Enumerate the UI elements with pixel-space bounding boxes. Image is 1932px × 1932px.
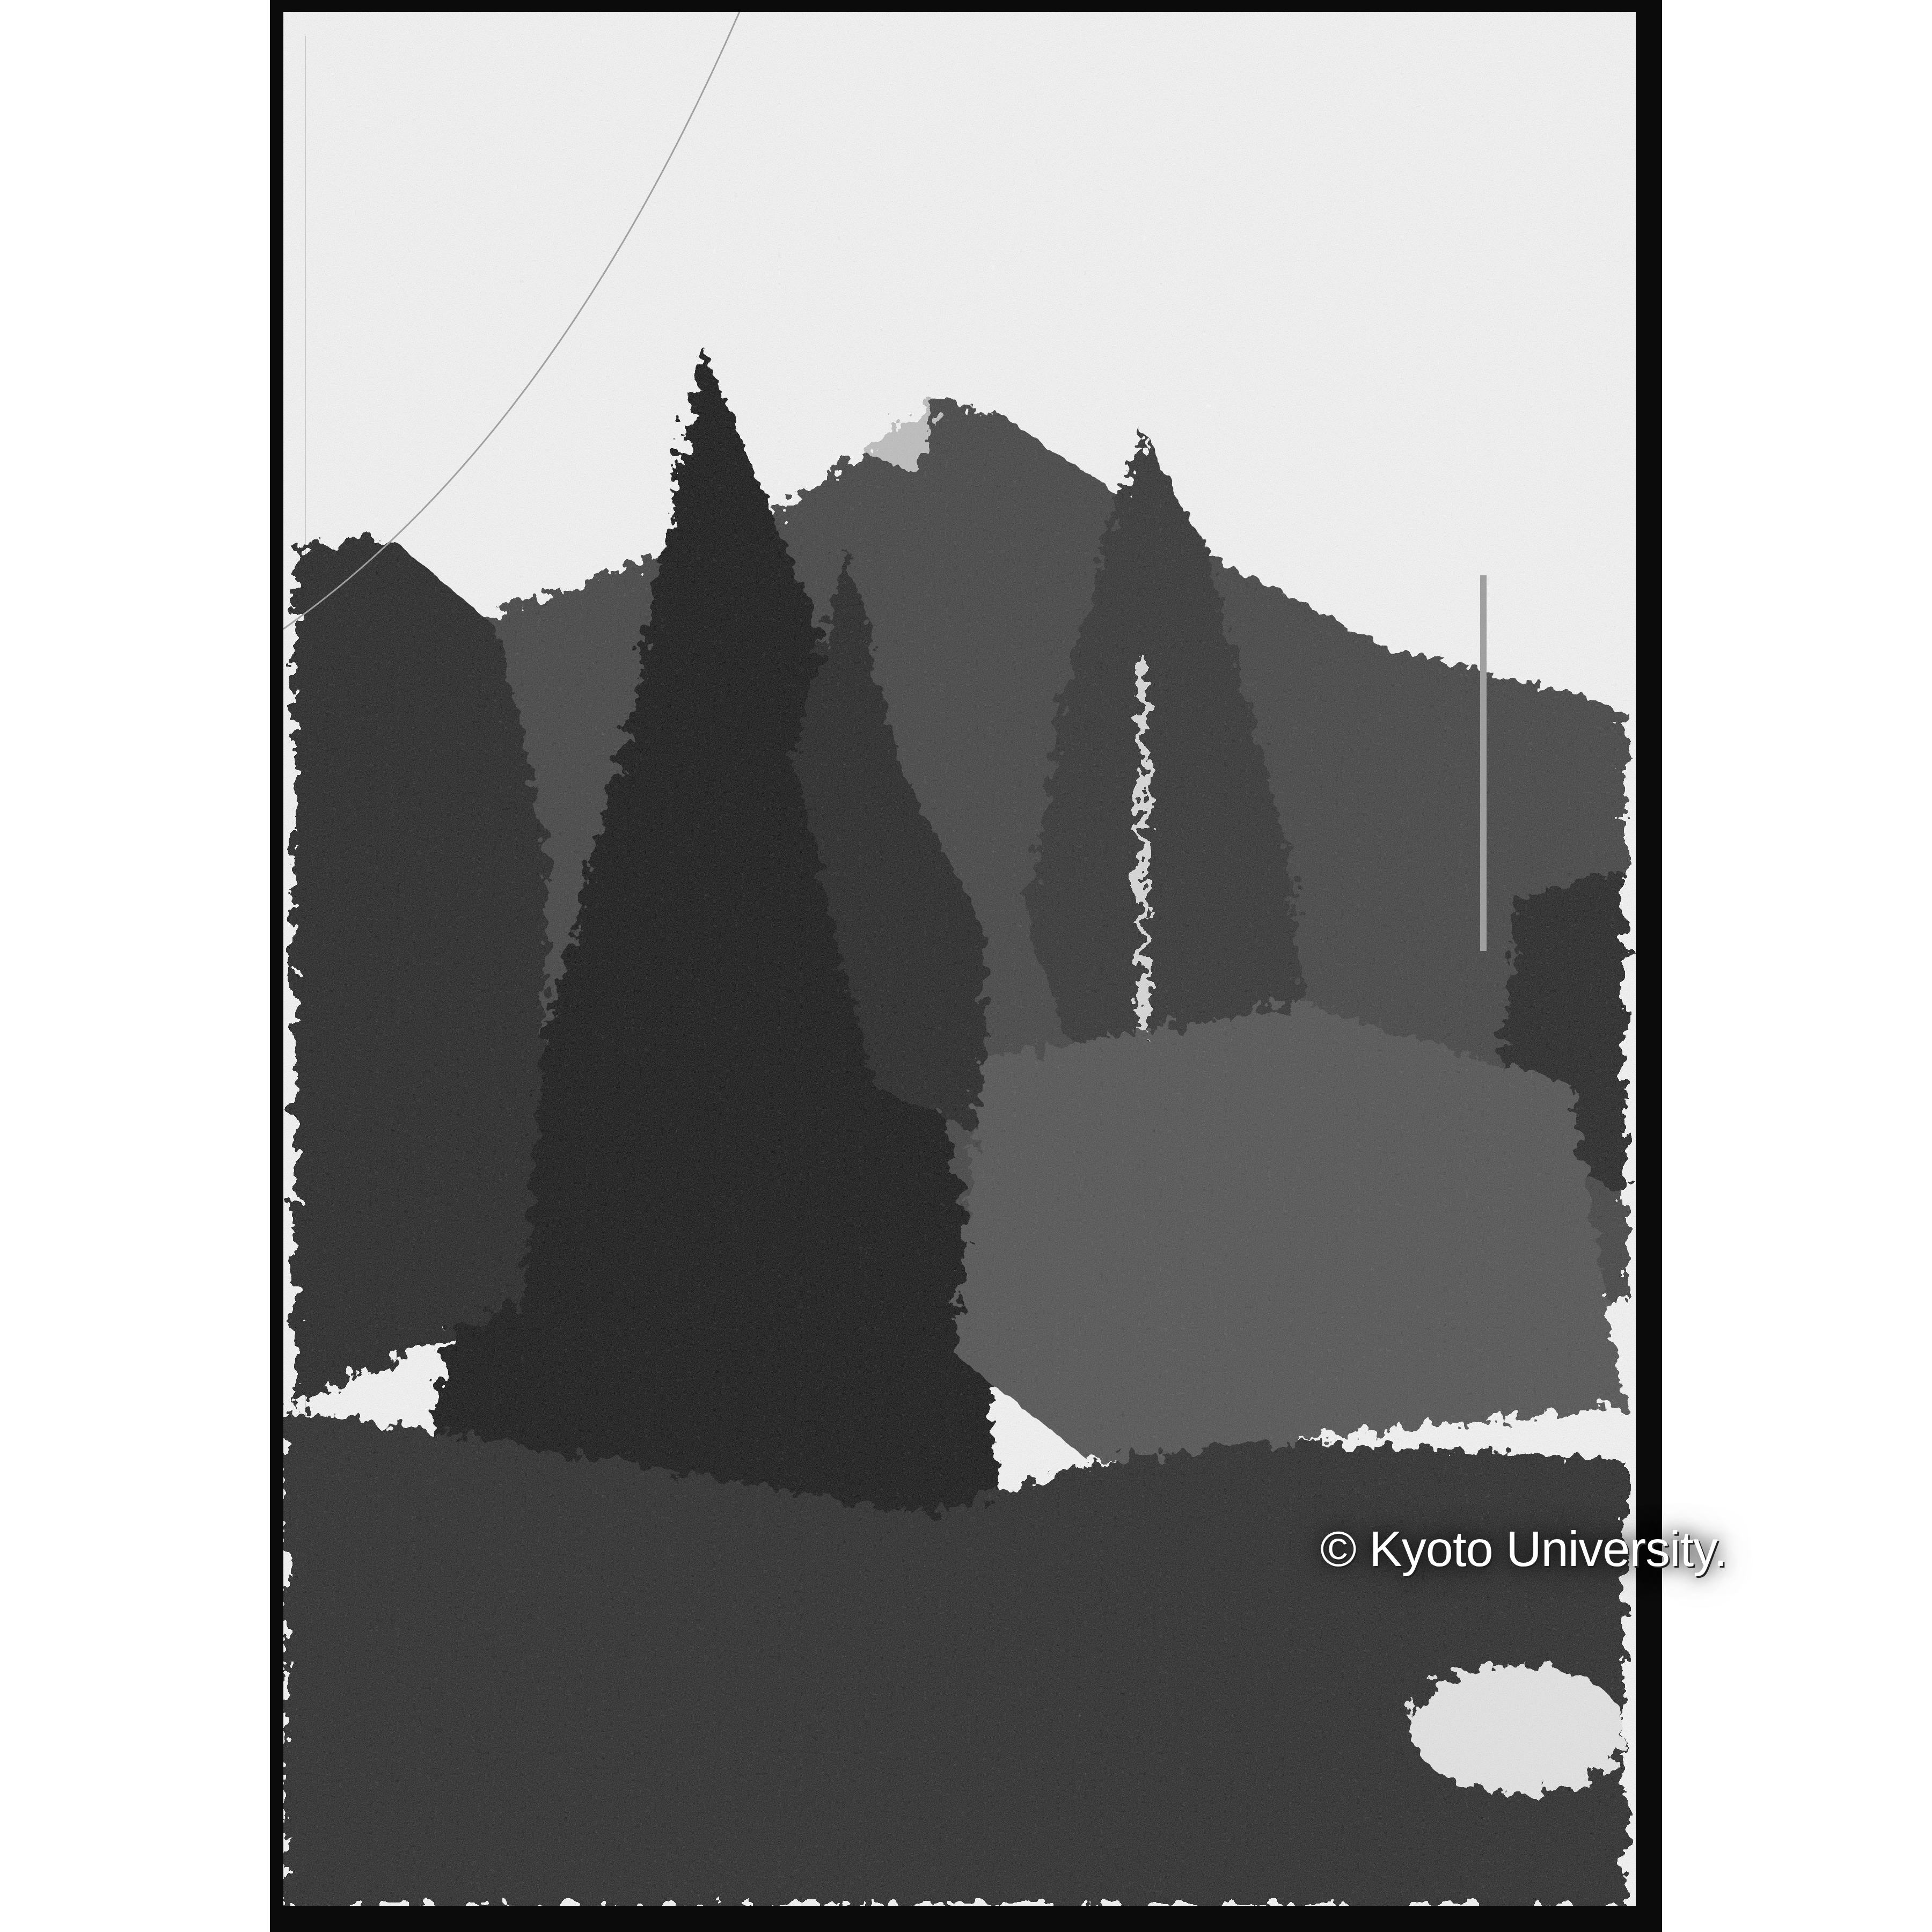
landscape-scene (283, 12, 1636, 1906)
photographic-plate-frame (270, 0, 1662, 1932)
copyright-watermark: © Kyoto University. (1320, 1521, 1727, 1578)
photograph (283, 12, 1636, 1906)
